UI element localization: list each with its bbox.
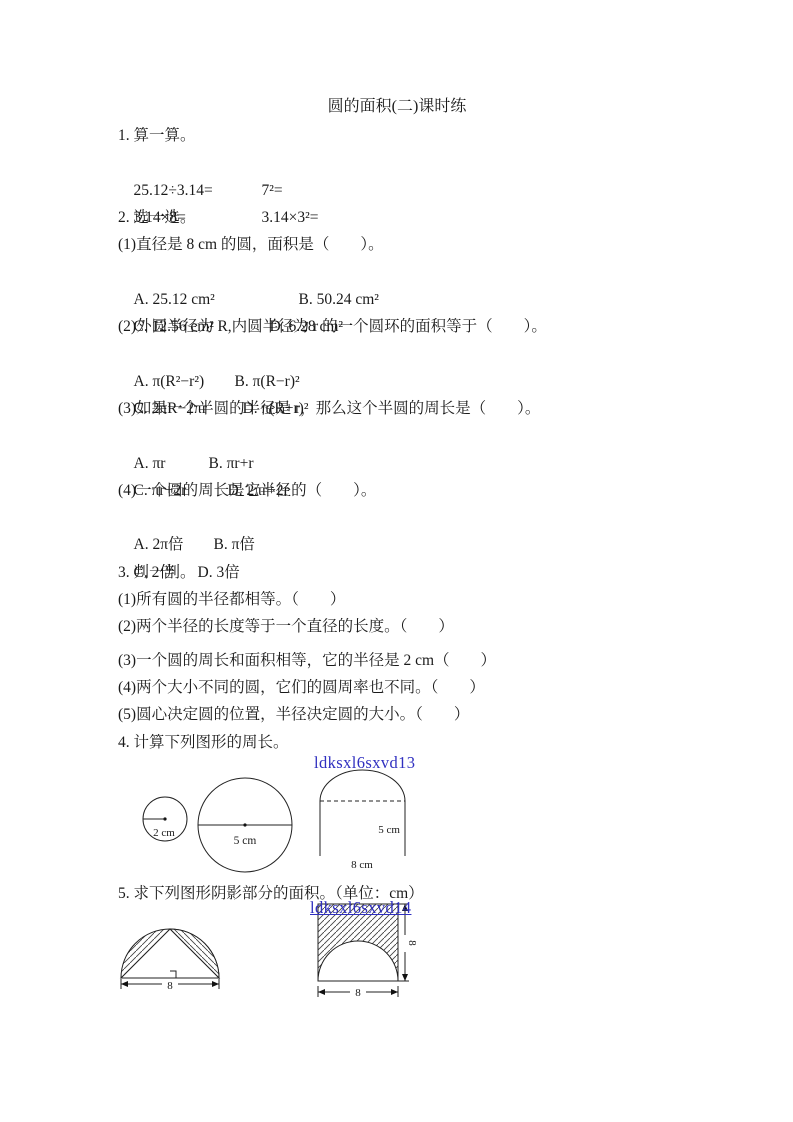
choice-options-1-ab: A. 25.12 cm²B. 50.24 cm² bbox=[118, 258, 733, 285]
calc-expression-4: 3.14×3²= bbox=[262, 209, 319, 226]
choice-stem-1: (1)直径是 8 cm 的圆，面积是（ ）。 bbox=[118, 231, 733, 258]
question-1-heading: 1. 算一算。 bbox=[118, 122, 733, 149]
figure-rect-with-semicircle: 5 cm 8 cm bbox=[315, 763, 411, 873]
width-label: 8 bbox=[355, 987, 361, 999]
width-label: 8 cm bbox=[351, 859, 373, 871]
choice-option-d: D. 3倍 bbox=[198, 564, 240, 581]
figure-semicircle-with-triangle: 8 bbox=[112, 921, 236, 1007]
watermark-text: ldksxl6sxvd13 bbox=[314, 754, 415, 771]
figure-large-circle: 5 cm bbox=[195, 777, 295, 879]
choice-stem-4: (4)一个圆的周长是它半径的（ ）。 bbox=[118, 477, 733, 504]
figure-small-circle: 2 cm bbox=[133, 785, 203, 855]
page-title: 圆的面积(二)课时练 bbox=[118, 92, 676, 122]
judge-item-3: (3)一个圆的周长和面积相等，它的半径是 2 cm（ ） bbox=[118, 647, 733, 674]
height-label: 5 cm bbox=[378, 824, 400, 836]
watermark-text: ldksxl6sxvd14 bbox=[310, 899, 411, 916]
choice-stem-3: (3)如果一个半圆的半径是 r，那么这个半圆的周长是（ ）。 bbox=[118, 395, 733, 422]
choice-option-a: A. 25.12 cm² bbox=[134, 286, 299, 313]
q5-figures-row: ldksxl6sxvd14 8 8 bbox=[118, 907, 733, 1047]
judge-item-2: (2)两个半径的长度等于一个直径的长度。（ ） bbox=[118, 613, 733, 640]
base-label: 8 bbox=[167, 980, 173, 992]
choice-option-a: A. π(R²−r²) bbox=[134, 368, 235, 395]
choice-options-4-ab: A. 2π倍B. π倍 bbox=[118, 504, 733, 531]
choice-option-b: B. π(R−r)² bbox=[235, 373, 300, 390]
q4-figures-row: ldksxl6sxvd13 2 cm 5 cm 5 cm 8 cm bbox=[118, 756, 733, 880]
choice-option-a: A. πr bbox=[134, 450, 209, 477]
q1-calc-row-1: 25.12÷3.14=7²= bbox=[118, 149, 733, 176]
figure-square-with-semicircle: 8 8 bbox=[306, 902, 426, 1002]
choice-options-2-ab: A. π(R²−r²)B. π(R−r)² bbox=[118, 340, 733, 367]
choice-option-b: B. 50.24 cm² bbox=[299, 291, 379, 308]
judge-item-1: (1)所有圆的半径都相等。（ ） bbox=[118, 586, 733, 613]
judge-item-5: (5)圆心决定圆的位置，半径决定圆的大小。（ ） bbox=[118, 701, 733, 728]
calc-expression-2: 7²= bbox=[262, 182, 283, 199]
radius-label: 2 cm bbox=[153, 827, 175, 839]
calc-expression-1: 25.12÷3.14= bbox=[134, 177, 262, 204]
choice-stem-2: (2)外圆半径为 R,内圆半径为 r 的一个圆环的面积等于（ ）。 bbox=[118, 313, 733, 340]
choice-options-3-ab: A. πrB. πr+r bbox=[118, 422, 733, 449]
worksheet-page: 圆的面积(二)课时练 1. 算一算。 25.12÷3.14=7²= 3.14×8… bbox=[0, 0, 793, 1122]
circle-center-dot bbox=[243, 823, 246, 826]
choice-option-a: A. 2π倍 bbox=[134, 531, 214, 558]
semicircle-arc bbox=[320, 770, 405, 801]
diameter-label: 5 cm bbox=[234, 835, 257, 847]
choice-option-b: B. π倍 bbox=[214, 536, 255, 553]
judge-item-4: (4)两个大小不同的圆，它们的圆周率也不同。（ ） bbox=[118, 674, 733, 701]
height-label: 8 bbox=[406, 940, 418, 946]
question-4-heading: 4. 计算下列图形的周长。 bbox=[118, 729, 733, 756]
choice-option-b: B. πr+r bbox=[209, 455, 254, 472]
